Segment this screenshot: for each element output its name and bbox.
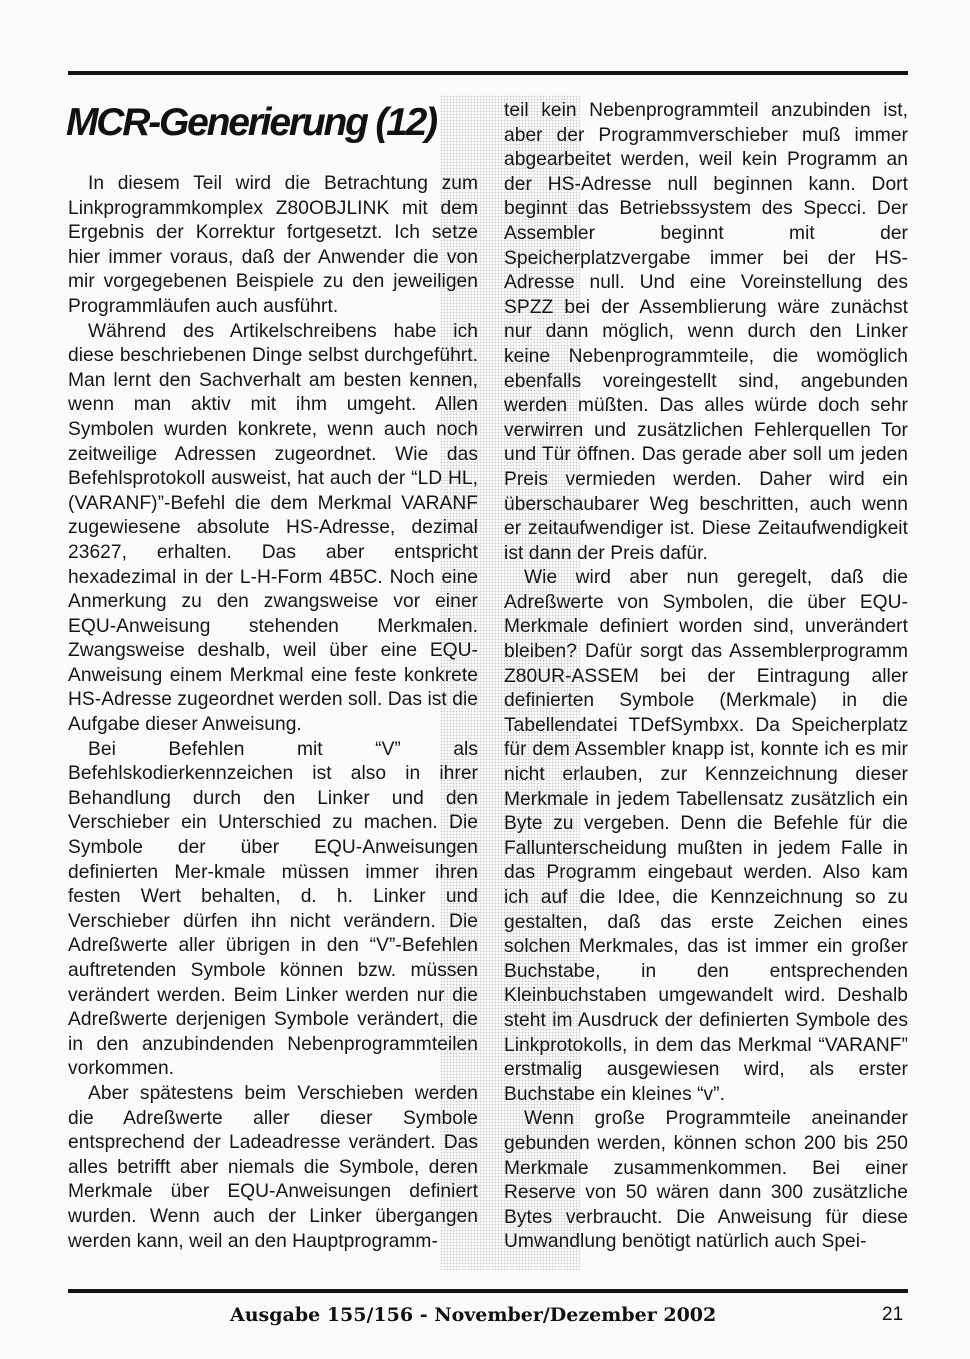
right-column: teil kein Nebenprogrammteil anzubinden i… <box>504 99 908 1255</box>
paragraph: In diesem Teil wird die Betrachtung zum … <box>68 172 478 320</box>
bottom-rule <box>68 1289 908 1293</box>
top-rule <box>68 71 908 75</box>
paragraph: teil kein Nebenprogrammteil anzubinden i… <box>504 99 908 566</box>
issue-footer: Ausgabe 155/156 - November/Dezember 2002 <box>230 1304 716 1326</box>
paragraph: Wie wird aber nun geregelt, daß die Adre… <box>504 566 908 1107</box>
page-number: 21 <box>882 1304 903 1326</box>
paragraph: Während des Artikelschreibens habe ich d… <box>68 320 478 738</box>
left-column: In diesem Teil wird die Betrachtung zum … <box>68 172 478 1254</box>
article-title: MCR-Generierung (12) <box>66 101 436 145</box>
paragraph: Wenn große Programmteile aneinander gebu… <box>504 1107 908 1255</box>
paragraph: Bei Befehlen mit “V” als Befehlskodierke… <box>68 738 478 1082</box>
paragraph: Aber spätestens beim Verschieben werden … <box>68 1082 478 1254</box>
